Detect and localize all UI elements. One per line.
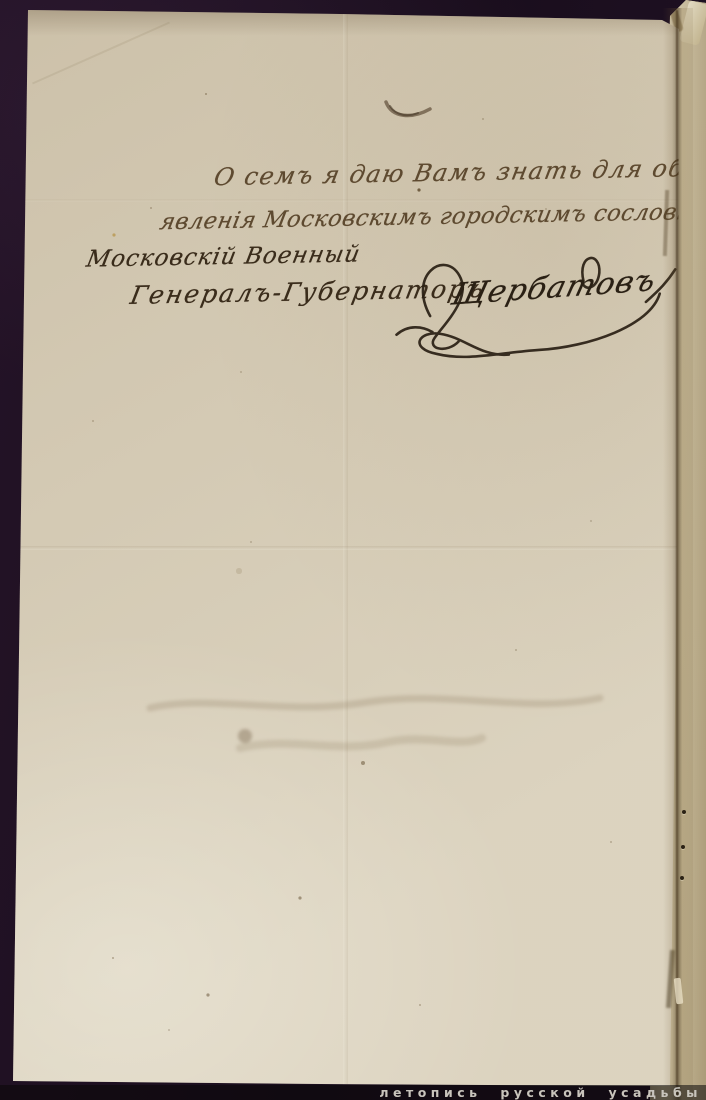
signature: Щербатовъ <box>385 239 687 375</box>
paper-left-edge <box>0 10 17 1082</box>
handwritten-line: О семъ я даю Вамъ знать для объ— <box>212 153 706 191</box>
stitch-hole <box>681 845 685 849</box>
horizontal-fold-crease <box>14 546 694 550</box>
paper-foxing-specks <box>0 0 2 2</box>
watermark-bar: летопись русской усадьбы <box>0 1085 706 1100</box>
stitch-hole <box>680 876 684 880</box>
bleed-through-marks <box>148 686 628 776</box>
fold-crease-line <box>676 10 678 1096</box>
stitch-hole <box>682 810 686 814</box>
letter-page: О семъ я даю Вамъ знать для объ— явленія… <box>0 0 706 1100</box>
handwritten-text-block: О семъ я даю Вамъ знать для объ— явленія… <box>0 0 706 502</box>
signature-flourish <box>385 239 687 375</box>
watermark-text: летопись русской усадьбы <box>379 1086 702 1100</box>
paper-crumple-highlight <box>679 0 706 46</box>
handwritten-line: Московскій Военный <box>84 241 363 272</box>
photo-background: О семъ я даю Вамъ знать для объ— явленія… <box>0 0 706 1100</box>
handwritten-line: явленія Московскимъ городскимъ сословіям… <box>158 198 706 235</box>
